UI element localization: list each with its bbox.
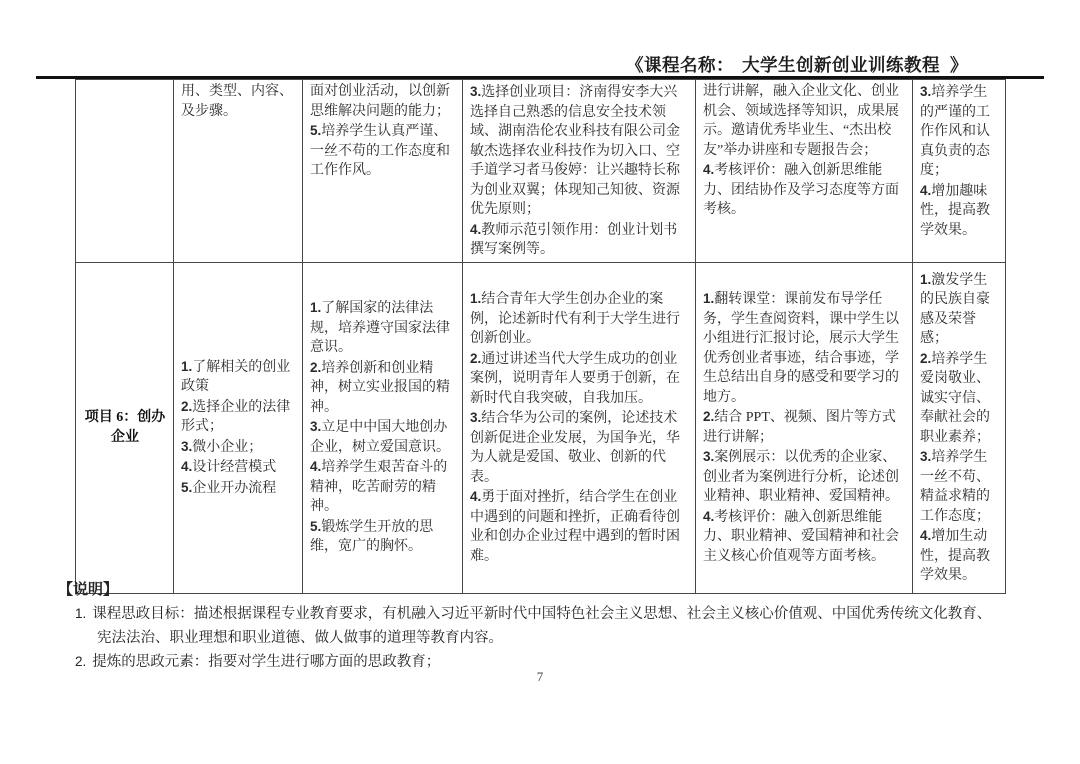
cell-paragraph: 2.结合 PPT、视频、图片等方式进行讲解； bbox=[703, 407, 906, 447]
course-title-suffix: 》 bbox=[950, 55, 968, 75]
note-2-text: 提炼的思政元素：指要对学生进行哪方面的思政教育； bbox=[92, 654, 440, 670]
cell-paragraph: 3.培养学生一丝不苟、精益求精的工作态度； bbox=[920, 447, 999, 526]
cell-r2-goals: 1.了解国家的法律法规，培养遵守国家法律意识。2.培养创新和创业精神，树立实业报… bbox=[303, 262, 463, 593]
cell-paragraph: 4.培养学生艰苦奋斗的精神，吃苦耐劳的精神。 bbox=[310, 457, 456, 517]
note-2-number: 2. bbox=[75, 654, 86, 669]
note-item-1: 1.课程思政目标：描述根据课程专业教育要求，有机融入习近平新时代中国特色社会主义… bbox=[58, 602, 1002, 650]
page-number: 7 bbox=[0, 669, 1080, 685]
cell-paragraph: 用、类型、内容、及步骤。 bbox=[181, 82, 296, 121]
cell-paragraph: 4.考核评价：融入创新思维能力、职业精神、爱国精神和社会主义核心价值观等方面考核… bbox=[703, 507, 906, 567]
cell-paragraph: 1.翻转课堂：课前发布导学任务，学生查阅资料，课中学生以小组进行汇报讨论，展示大… bbox=[703, 289, 906, 407]
cell-r1-content: 用、类型、内容、及步骤。 bbox=[174, 80, 303, 263]
cell-r2-integration-points: 1.结合青年大学生创办企业的案例，论述新时代有利于大学生进行创新创业。2.通过讲… bbox=[463, 262, 696, 593]
cell-paragraph: 2.培养学生爱岗敬业、诚实守信、奉献社会的职业素养； bbox=[920, 349, 999, 448]
cell-paragraph: 4.教师示范引领作用：创业计划书撰写案例等。 bbox=[470, 220, 689, 260]
cell-paragraph: 4.设计经营模式 bbox=[181, 457, 296, 478]
course-title-prefix: 《课程名称： bbox=[626, 55, 734, 75]
cell-paragraph: 5.企业开办流程 bbox=[181, 478, 296, 499]
cell-r2-project-name: 项目 6：创办企业 bbox=[76, 262, 174, 593]
cell-r1-methods: 进行讲解，融入企业文化、创业机会、领域选择等知识，成果展示。邀请优秀毕业生、“杰… bbox=[696, 80, 913, 263]
cell-paragraph: 4.考核评价：融入创新思维能力、团结协作及学习态度等方面考核。 bbox=[703, 160, 906, 220]
cell-r2-content: 1.了解相关的创业政策2.选择企业的法律形式；3.微小企业；4.设计经营模式5.… bbox=[174, 262, 303, 593]
cell-paragraph: 进行讲解，融入企业文化、创业机会、领域选择等知识，成果展示。邀请优秀毕业生、“杰… bbox=[703, 82, 906, 160]
cell-paragraph: 4.增加生动性，提高教学效果。 bbox=[920, 526, 999, 586]
cell-paragraph: 5.培养学生认真严谨、一丝不苟的工作态度和工作作风。 bbox=[310, 121, 456, 181]
cell-paragraph: 2.选择企业的法律形式； bbox=[181, 397, 296, 437]
document-page: 《课程名称：大学生创新创业训练教程》 用、类型、内容、及步骤。 面对创业活动，以… bbox=[0, 0, 1080, 764]
cell-paragraph: 3.立足中中国大地创办企业，树立爱国意识。 bbox=[310, 417, 456, 457]
notes-section: 【说明】 1.课程思政目标：描述根据课程专业教育要求，有机融入习近平新时代中国特… bbox=[58, 579, 1002, 674]
cell-paragraph: 3.案例展示：以优秀的企业家、创业者为案例进行分析，论述创业精神、职业精神、爱国… bbox=[703, 447, 906, 507]
table-row-continued: 用、类型、内容、及步骤。 面对创业活动，以创新思维解决问题的能力；5.培养学生认… bbox=[76, 80, 1006, 263]
syllabus-table: 用、类型、内容、及步骤。 面对创业活动，以创新思维解决问题的能力；5.培养学生认… bbox=[75, 79, 1006, 594]
note-1-text: 课程思政目标：描述根据课程专业教育要求，有机融入习近平新时代中国特色社会主义思想… bbox=[92, 606, 991, 646]
cell-paragraph: 1.结合青年大学生创办企业的案例，论述新时代有利于大学生进行创新创业。 bbox=[470, 289, 689, 349]
note-1-number: 1. bbox=[75, 606, 86, 621]
cell-paragraph: 1.激发学生的民族自豪感及荣誉感； bbox=[920, 270, 999, 349]
cell-r1-goals: 面对创业活动，以创新思维解决问题的能力；5.培养学生认真严谨、一丝不苟的工作态度… bbox=[303, 80, 463, 263]
notes-label: 【说明】 bbox=[58, 579, 1002, 601]
cell-paragraph: 5.锻炼学生开放的思维，宽广的胸怀。 bbox=[310, 517, 456, 557]
cell-paragraph: 3.培养学生的严谨的工作作风和认真负责的态度； bbox=[920, 82, 999, 181]
cell-paragraph: 3.微小企业； bbox=[181, 437, 296, 458]
cell-paragraph: 4.勇于面对挫折，结合学生在创业中遇到的问题和挫折，正确看待创业和创办企业过程中… bbox=[470, 487, 689, 566]
cell-paragraph: 2.培养创新和创业精神，树立实业报国的精神。 bbox=[310, 358, 456, 418]
cell-paragraph: 3.选择创业项目：济南得安李大兴选择自己熟悉的信息安全技术领域、湖南浩伦农业科技… bbox=[470, 82, 689, 220]
cell-paragraph: 3.结合华为公司的案例，论述技术创新促进企业发展，为国争光，华为人就是爱国、敬业… bbox=[470, 408, 689, 487]
cell-r2-methods: 1.翻转课堂：课前发布导学任务，学生查阅资料，课中学生以小组进行汇报讨论，展示大… bbox=[696, 262, 913, 593]
cell-paragraph: 1.了解相关的创业政策 bbox=[181, 357, 296, 397]
cell-r1-outcomes: 3.培养学生的严谨的工作作风和认真负责的态度；4.增加趣味性，提高教学效果。 bbox=[913, 80, 1006, 263]
cell-r1-integration-points: 3.选择创业项目：济南得安李大兴选择自己熟悉的信息安全技术领域、湖南浩伦农业科技… bbox=[463, 80, 696, 263]
cell-paragraph: 1.了解国家的法律法规，培养遵守国家法律意识。 bbox=[310, 298, 456, 358]
cell-paragraph: 2.通过讲述当代大学生成功的创业案例，说明青年人要勇于创新，在新时代自我突破，自… bbox=[470, 349, 689, 409]
cell-r1-project bbox=[76, 80, 174, 263]
cell-paragraph: 4.增加趣味性，提高教学效果。 bbox=[920, 181, 999, 241]
table-row-project6: 项目 6：创办企业 1.了解相关的创业政策2.选择企业的法律形式；3.微小企业；… bbox=[76, 262, 1006, 593]
cell-paragraph: 面对创业活动，以创新思维解决问题的能力； bbox=[310, 82, 456, 121]
cell-r2-outcomes: 1.激发学生的民族自豪感及荣誉感；2.培养学生爱岗敬业、诚实守信、奉献社会的职业… bbox=[913, 262, 1006, 593]
